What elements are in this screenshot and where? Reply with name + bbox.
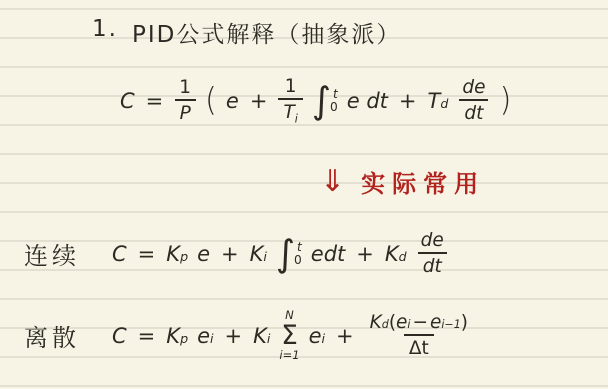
subscript-i-minus-1: i−1 xyxy=(441,319,460,330)
subscript-i: i xyxy=(322,333,326,346)
sigma-icon: Σ xyxy=(281,322,298,350)
var-e: e xyxy=(226,89,239,113)
fraction-1-over-P: 1 P xyxy=(174,77,196,125)
var-C: C xyxy=(112,324,127,348)
var-K: K xyxy=(253,324,267,348)
note-title: 1. PID公式解释（抽象派） xyxy=(92,16,401,49)
red-annotation: ⇓ 实际常用 xyxy=(320,164,485,199)
subscript-i: i xyxy=(295,113,298,126)
close-paren: ) xyxy=(461,312,468,333)
var-Ki: Ki xyxy=(250,242,267,266)
formula-discrete-pid: C = Kp ei + Ki N Σ i=1 ei + Kd(ei−ei−1) … xyxy=(112,310,473,361)
equals-sign: = xyxy=(144,89,166,113)
plus-sign: + xyxy=(334,324,356,348)
var-Ki: Ki xyxy=(253,324,270,348)
var-K: K xyxy=(250,242,264,266)
equals-sign: = xyxy=(136,324,158,348)
var-K: K xyxy=(166,242,180,266)
var-K: K xyxy=(370,312,382,333)
title-text: PID公式解释（抽象派） xyxy=(132,16,401,49)
var-e: e xyxy=(197,324,210,348)
subscript-i: i xyxy=(263,251,267,264)
subscript-d: d xyxy=(399,251,407,264)
fraction-denominator: Ti xyxy=(278,98,302,125)
integral-0-to-t: ∫ t 0 xyxy=(276,238,302,269)
integrand-e-dt: e dt xyxy=(347,89,388,113)
var-e-i-minus-1: ei−1 xyxy=(430,312,461,333)
fraction-numerator: 1 xyxy=(174,77,196,99)
var-e: e xyxy=(197,242,210,266)
fraction-Kd-diff-over-dt: Kd(ei−ei−1) Δt xyxy=(365,312,473,360)
var-Kd: Kd xyxy=(370,312,389,333)
close-paren: ) xyxy=(499,82,511,119)
formula-continuous-pid: C = Kp e + Ki ∫ t 0 edt + Kd de dt xyxy=(112,230,449,278)
plus-sign: + xyxy=(354,242,376,266)
fraction-numerator: de xyxy=(457,77,490,99)
plus-sign: + xyxy=(397,89,419,113)
subscript-d: d xyxy=(382,319,389,330)
var-e: e xyxy=(430,312,441,333)
fraction-de-over-dt: de dt xyxy=(457,77,490,125)
var-T: T xyxy=(283,102,294,123)
notebook-page: 1. PID公式解释（抽象派） C = 1 P ( e + 1 Ti ∫ t 0… xyxy=(0,0,608,389)
fraction-denominator: P xyxy=(175,99,196,124)
sum-upper-limit: N xyxy=(285,310,294,322)
fraction-denominator: dt xyxy=(418,252,447,277)
fraction-1-over-Ti: 1 Ti xyxy=(278,76,302,125)
var-Td: Td xyxy=(428,89,449,113)
integral-sign: ∫ xyxy=(312,85,331,116)
sum-lower-limit: i=1 xyxy=(279,350,299,362)
equals-sign: = xyxy=(136,242,158,266)
integral-upper-limit: t xyxy=(333,88,338,100)
var-e-i: ei xyxy=(197,324,213,348)
fraction-denominator: Δt xyxy=(404,334,434,359)
var-e: e xyxy=(309,324,322,348)
subscript-i: i xyxy=(210,333,214,346)
fraction-denominator: dt xyxy=(459,99,488,124)
down-arrow-icon: ⇓ xyxy=(320,167,345,197)
fraction-numerator: Kd(ei−ei−1) xyxy=(365,312,473,334)
var-C: C xyxy=(112,242,127,266)
annotation-text: 实际常用 xyxy=(361,164,485,199)
var-K: K xyxy=(385,242,399,266)
integrand-edt: edt xyxy=(311,242,345,266)
integral-lower-limit: 0 xyxy=(330,101,338,113)
var-T: T xyxy=(428,89,441,113)
label-discrete: 离散 xyxy=(24,318,80,353)
integral-0-to-t: ∫ t 0 xyxy=(312,85,338,116)
integral-sign: ∫ xyxy=(276,238,295,269)
var-Kp: Kp xyxy=(166,324,188,348)
open-paren: ( xyxy=(205,82,217,119)
plus-sign: + xyxy=(219,242,241,266)
subscript-d: d xyxy=(440,98,448,111)
var-e: e xyxy=(396,312,407,333)
summation-i1-to-N: N Σ i=1 xyxy=(279,310,299,361)
title-number: 1. xyxy=(92,16,118,49)
plus-sign: + xyxy=(248,89,270,113)
open-paren: ( xyxy=(389,312,396,333)
var-e-i: ei xyxy=(309,324,325,348)
formula-abstract-pid: C = 1 P ( e + 1 Ti ∫ t 0 e dt + Td de dt… xyxy=(120,76,511,125)
integral-upper-limit: t xyxy=(297,241,302,253)
fraction-numerator: 1 xyxy=(280,76,302,98)
fraction-de-over-dt: de dt xyxy=(416,230,449,278)
subscript-i: i xyxy=(267,333,271,346)
integral-limits: t 0 xyxy=(330,88,338,114)
var-Kp: Kp xyxy=(166,242,188,266)
subscript-p: p xyxy=(180,333,188,346)
label-continuous: 连续 xyxy=(24,236,80,271)
var-K: K xyxy=(166,324,180,348)
integral-limits: t 0 xyxy=(294,241,302,267)
minus-sign: − xyxy=(410,312,429,333)
plus-sign: + xyxy=(222,324,244,348)
var-Kd: Kd xyxy=(385,242,407,266)
fraction-numerator: de xyxy=(416,230,449,252)
var-C: C xyxy=(120,89,135,113)
subscript-p: p xyxy=(180,251,188,264)
var-e-i: ei xyxy=(396,312,410,333)
integral-lower-limit: 0 xyxy=(294,254,302,266)
